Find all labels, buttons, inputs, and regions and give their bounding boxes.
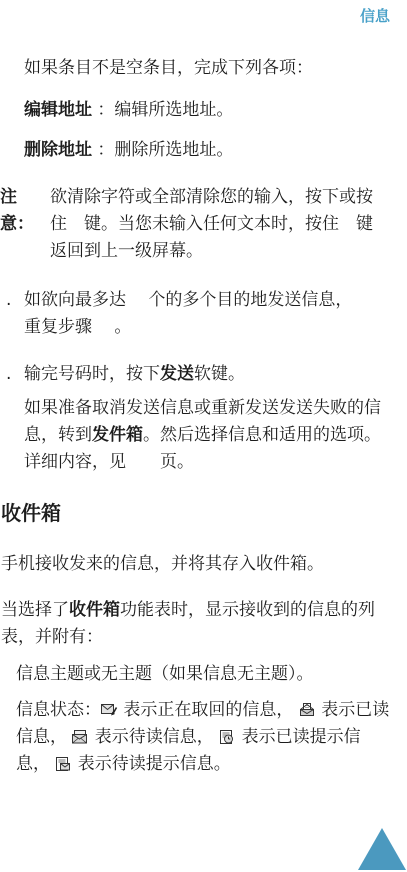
inbox-list-item-status: 信息状态： 表示正在取回的信息， 表示已读信息， 表示待读信息， 表示已读提示信…: [16, 697, 394, 778]
text-segment: 输完号码时，按下: [24, 364, 160, 384]
step-text: 输完号码时，按下发送软键。: [24, 361, 245, 388]
section-heading-inbox: 收件箱: [1, 498, 61, 528]
unread-message-icon: [72, 730, 89, 744]
read-message-icon: [299, 703, 316, 717]
outbox-paragraph: 如果准备取消发送信息或重新发送发送失败的信息，转到发件箱。然后选择信息和适用的选…: [24, 395, 396, 476]
step-text: 如欲向最多达 个的多个目的地发送信息， 重复步骤 。: [24, 287, 352, 341]
option-desc: ：删除所选地址。: [92, 140, 233, 160]
note-label: 注意：: [0, 184, 50, 265]
step-marker: .: [6, 287, 24, 341]
text-segment: 信息状态：: [16, 700, 101, 720]
manual-page: 信息 如果条目不是空条目，完成下列各项： 编辑地址 ：编辑所选地址。 删除地址 …: [0, 0, 407, 872]
intro-paragraph: 如果条目不是空条目，完成下列各项：: [24, 55, 313, 82]
unread-notification-icon: [55, 757, 72, 771]
note-block: 注意： 欲清除字符或全部清除您的输入，按下或按 住 键。当您未输入任何文本时，按…: [0, 184, 397, 265]
step-marker: .: [6, 361, 24, 388]
option-item-edit-address: 编辑地址 ：编辑所选地址。: [24, 97, 233, 124]
page-header-title: 信息: [360, 3, 390, 30]
inbox-paragraph-2: 当选择了收件箱功能表时，显示接收到的信息的列表，并附有：: [1, 597, 393, 651]
menu-name-outbox: 发件箱: [92, 425, 143, 445]
step-item: . 输完号码时，按下发送软键。: [6, 361, 392, 388]
text-segment: 当选择了: [1, 600, 69, 620]
option-term: 删除地址: [24, 140, 92, 160]
step-item: . 如欲向最多达 个的多个目的地发送信息， 重复步骤 。: [6, 287, 392, 341]
retrieving-message-icon: [101, 703, 118, 717]
text-segment: 表示待读提示信息。: [72, 754, 230, 774]
read-notification-icon: [219, 730, 236, 744]
text-segment: 软键。: [194, 364, 245, 384]
softkey-name: 发送: [160, 364, 194, 384]
menu-name-inbox: 收件箱: [69, 600, 120, 620]
inbox-paragraph-1: 手机接收发来的信息，并将其存入收件箱。: [1, 551, 324, 578]
option-desc: ：编辑所选地址。: [92, 100, 233, 120]
page-corner-triangle: [358, 828, 406, 870]
option-item-delete-address: 删除地址 ：删除所选地址。: [24, 137, 233, 164]
option-term: 编辑地址: [24, 100, 92, 120]
text-segment: 表示正在取回的信息，: [118, 700, 299, 720]
note-text: 欲清除字符或全部清除您的输入，按下或按 住 键。当您未输入任何文本时，按住 键 …: [50, 184, 397, 265]
inbox-list-item-subject: 信息主题或无主题（如果信息无主题）。: [16, 661, 314, 688]
text-segment: 表示待读信息，: [89, 727, 219, 747]
